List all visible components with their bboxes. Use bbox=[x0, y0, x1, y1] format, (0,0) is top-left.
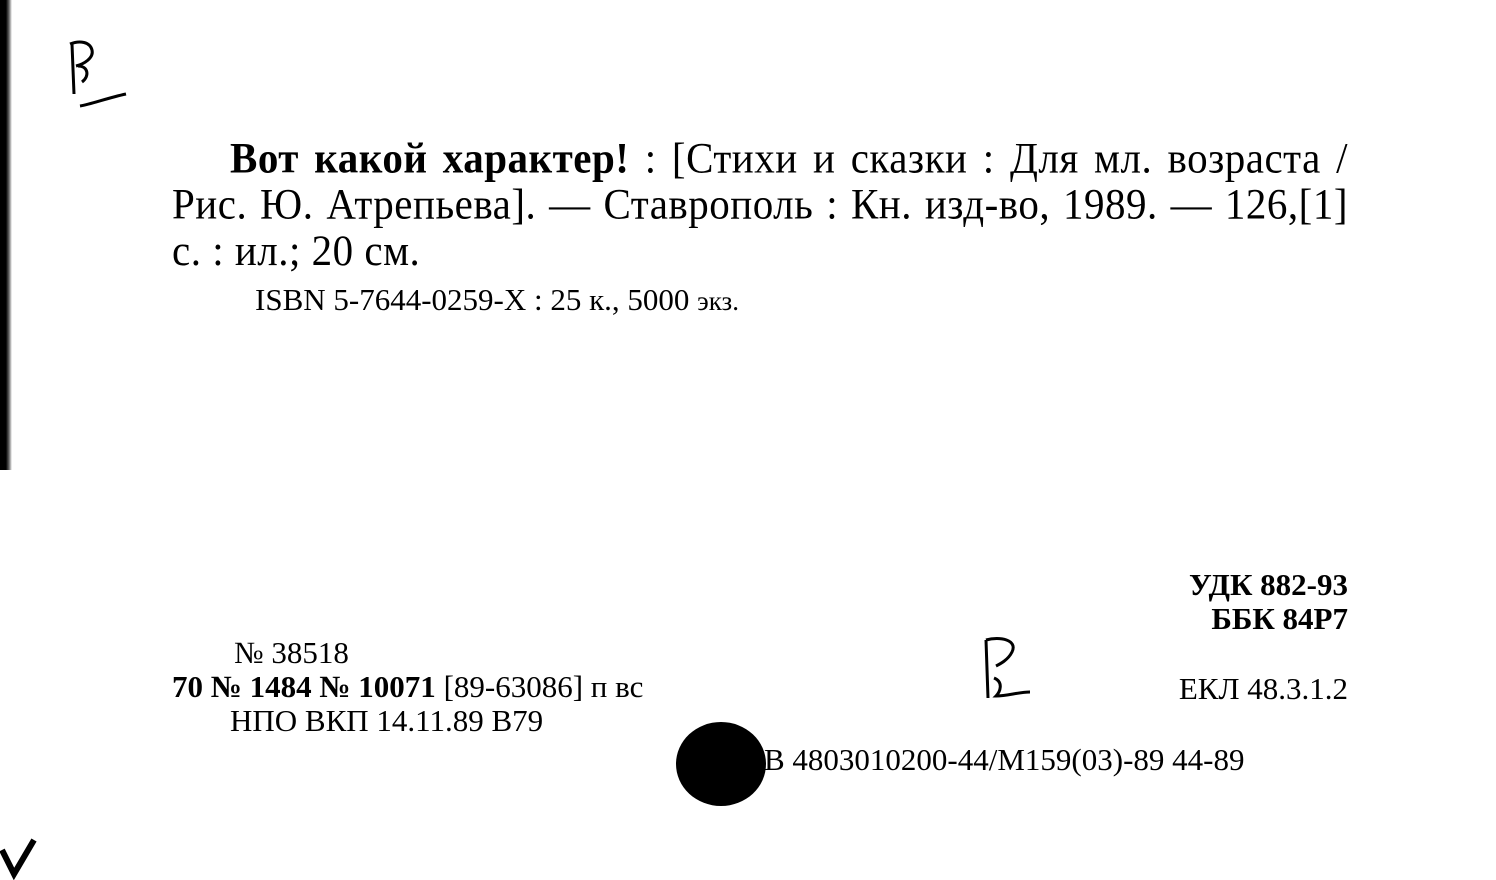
handwritten-mark-icon bbox=[978, 632, 1038, 708]
classification-code: В 4803010200-44/М159(03)-89 44-89 bbox=[764, 742, 1244, 778]
imprint-block: № 38518 70 № 1484 № 10071 [89-63086] п в… bbox=[172, 636, 643, 738]
isbn-suffix: экз. bbox=[697, 286, 739, 316]
book-title: Вот какой характер! bbox=[230, 134, 629, 182]
record-regular: [89-63086] п вс bbox=[444, 669, 644, 704]
handwritten-mark-icon bbox=[62, 36, 134, 114]
npo-line: НПО ВКП 14.11.89 В79 bbox=[172, 704, 643, 738]
isbn-price-line: ISBN 5-7644-0259-X : 25 к., 5000 экз. bbox=[255, 282, 739, 319]
bbk-code: ББК 84Р7 bbox=[1189, 602, 1348, 636]
catalog-card: Вот какой характер! : [Стихи и сказки : … bbox=[0, 0, 1496, 880]
udk-code: УДК 882-93 bbox=[1189, 568, 1348, 602]
classification-codes: УДК 882-93 ББК 84Р7 bbox=[1189, 568, 1348, 636]
check-mark-icon bbox=[0, 836, 40, 880]
scanned-card-edge bbox=[0, 0, 12, 470]
record-bold: 70 № 1484 № 10071 bbox=[172, 669, 444, 704]
card-number: № 38518 bbox=[172, 636, 643, 670]
isbn-text: ISBN 5-7644-0259-X : 25 к., 5000 bbox=[255, 282, 689, 317]
record-line: 70 № 1484 № 10071 [89-63086] п вс bbox=[172, 670, 643, 704]
bibliographic-description: Вот какой характер! : [Стихи и сказки : … bbox=[172, 135, 1348, 274]
ink-blot bbox=[676, 722, 766, 806]
ekl-code: ЕКЛ 48.3.1.2 bbox=[1179, 672, 1348, 706]
